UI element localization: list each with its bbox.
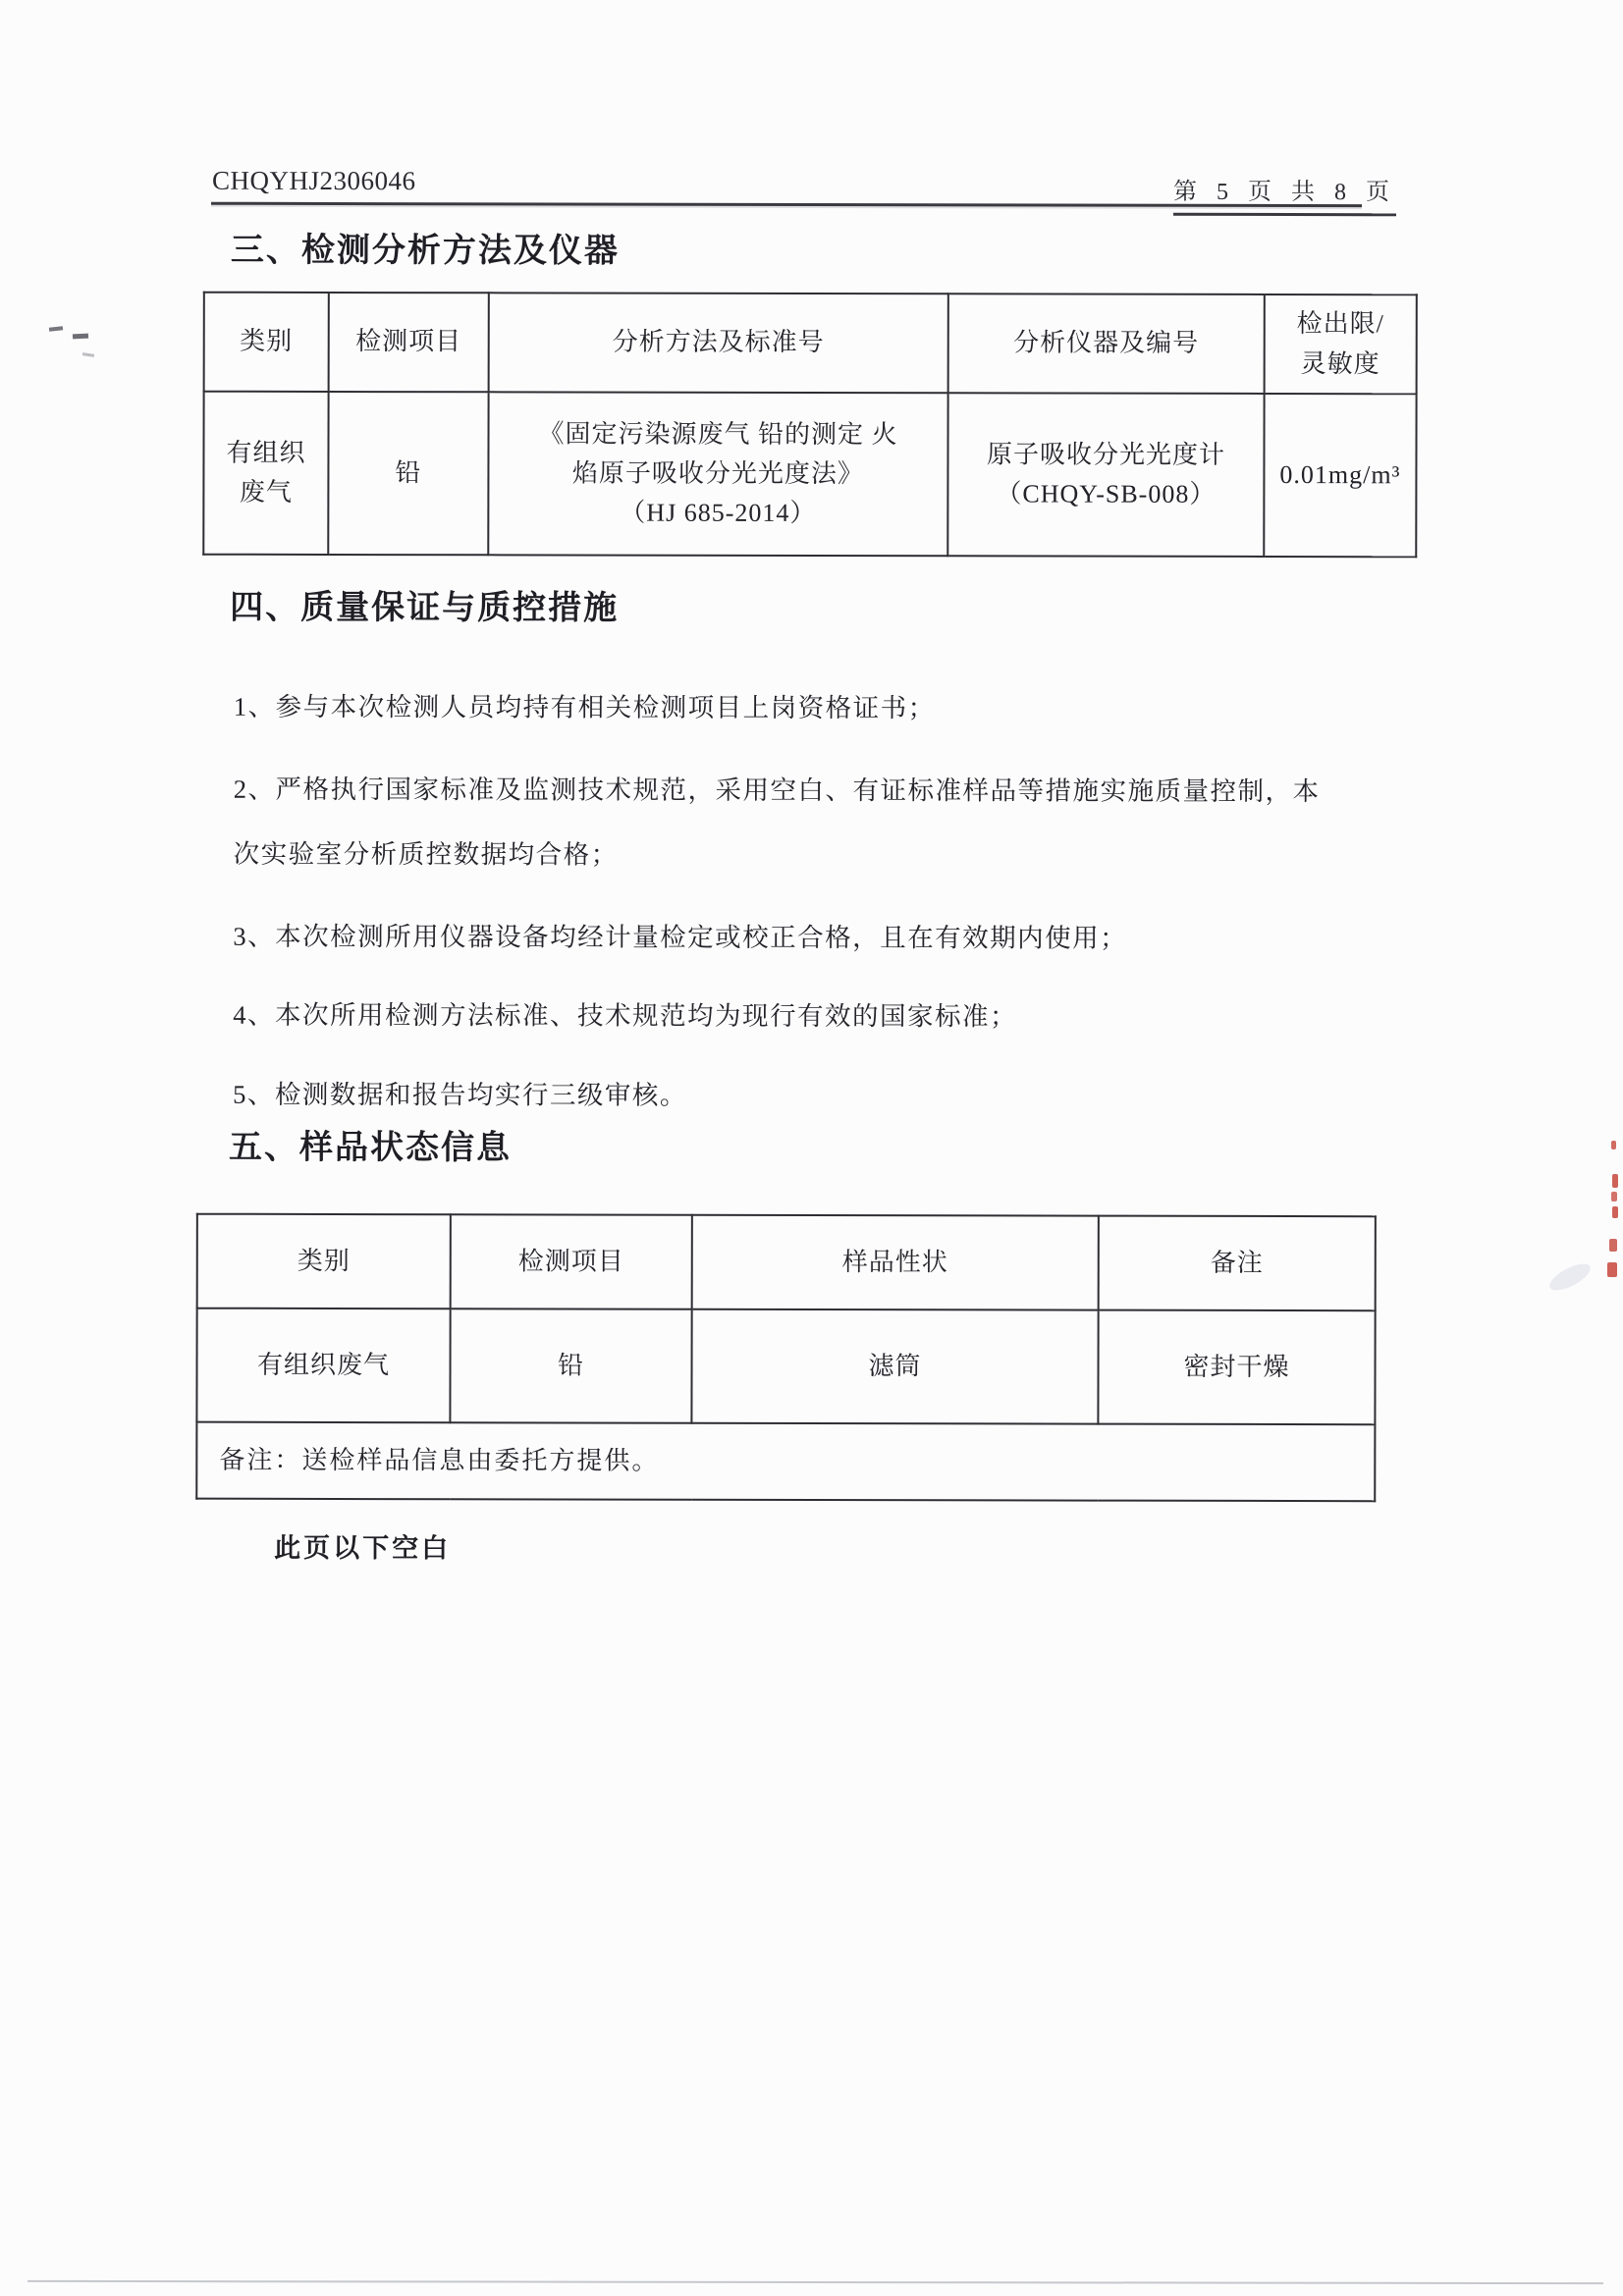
col-header-item: 检测项目 [329,293,489,392]
qc-item-4: 4、本次所用检测方法标准、技术规范均为现行有效的国家标准； [233,983,1435,1050]
cell-category: 有组织废气 [196,1308,450,1423]
qc-item-1: 1、参与本次检测人员均持有相关检测项目上岗资格证书； [234,674,1436,742]
cell-method: 《固定污染源废气 铅的测定 火 焰原子吸收分光光度法》 （HJ 685-2014… [488,392,947,556]
cell-category: 有组织 废气 [203,392,328,555]
samples-table-row: 有组织废气 铅 滤筒 密封干燥 [196,1308,1375,1425]
report-page: CHQYHJ2306046 第 5 页 共 8 页 三、检测分析方法及仪器 类别… [0,0,1623,2296]
scan-skew-layer: CHQYHJ2306046 第 5 页 共 8 页 三、检测分析方法及仪器 类别… [0,0,1623,2296]
report-code: CHQYHJ2306046 [212,166,416,196]
col-header-instrument: 分析仪器及编号 [948,294,1265,394]
stamp-artifact [1612,1206,1618,1218]
col-header-category: 类别 [197,1214,451,1309]
cell-item: 铅 [328,392,488,555]
qc-item-2: 2、严格执行国家标准及监测技术规范，采用空白、有证标准样品等措施实施质量控制，本… [234,757,1436,889]
col-header-category: 类别 [204,293,329,392]
methods-table: 类别 检测项目 分析方法及标准号 分析仪器及编号 检出限/ 灵敏度 有组织 废气… [202,292,1418,559]
cell-note: 密封干燥 [1098,1310,1375,1425]
pencil-mark [73,334,88,340]
blank-note: 此页以下空白 [274,1526,451,1565]
cell-character: 滤筒 [691,1309,1098,1424]
cell-instrument: 原子吸收分光光度计 （CHQY-SB-008） [947,393,1264,557]
stamp-artifact [1611,1192,1617,1201]
qc-item-3: 3、本次检测所用仪器设备均经计量检定或校正合格，且在有效期内使用； [233,904,1435,972]
section3-title: 三、检测分析方法及仪器 [231,223,620,272]
section4-title: 四、质量保证与质控措施 [230,580,619,629]
samples-table-footer-row: 备注：送检样品信息由委托方提供。 [196,1422,1375,1502]
section5-title: 五、样品状态信息 [229,1120,512,1169]
col-header-limit: 检出限/ 灵敏度 [1265,294,1417,394]
col-header-method: 分析方法及标准号 [489,293,948,393]
col-header-item: 检测项目 [451,1214,692,1309]
page-indicator: 第 5 页 共 8 页 [1173,172,1396,216]
cell-limit: 0.01mg/m³ [1264,394,1416,557]
qc-item-5: 5、检测数据和报告均实行三级审核。 [233,1062,1435,1130]
stamp-artifact [1607,1262,1617,1277]
samples-footer-note: 备注：送检样品信息由委托方提供。 [196,1422,1375,1502]
samples-table-header-row: 类别 检测项目 样品性状 备注 [197,1214,1376,1311]
stamp-artifact [1609,1239,1617,1252]
cell-item: 铅 [450,1308,691,1423]
col-header-character: 样品性状 [692,1215,1099,1310]
methods-table-row: 有组织 废气 铅 《固定污染源废气 铅的测定 火 焰原子吸收分光光度法》 （HJ… [203,392,1416,558]
col-header-note: 备注 [1099,1216,1376,1311]
stamp-artifact [1612,1174,1618,1188]
samples-table: 类别 检测项目 样品性状 备注 有组织废气 铅 滤筒 密封干燥 备注：送检样品信… [195,1213,1377,1503]
methods-table-header-row: 类别 检测项目 分析方法及标准号 分析仪器及编号 检出限/ 灵敏度 [204,293,1417,395]
stamp-artifact [1611,1141,1616,1149]
